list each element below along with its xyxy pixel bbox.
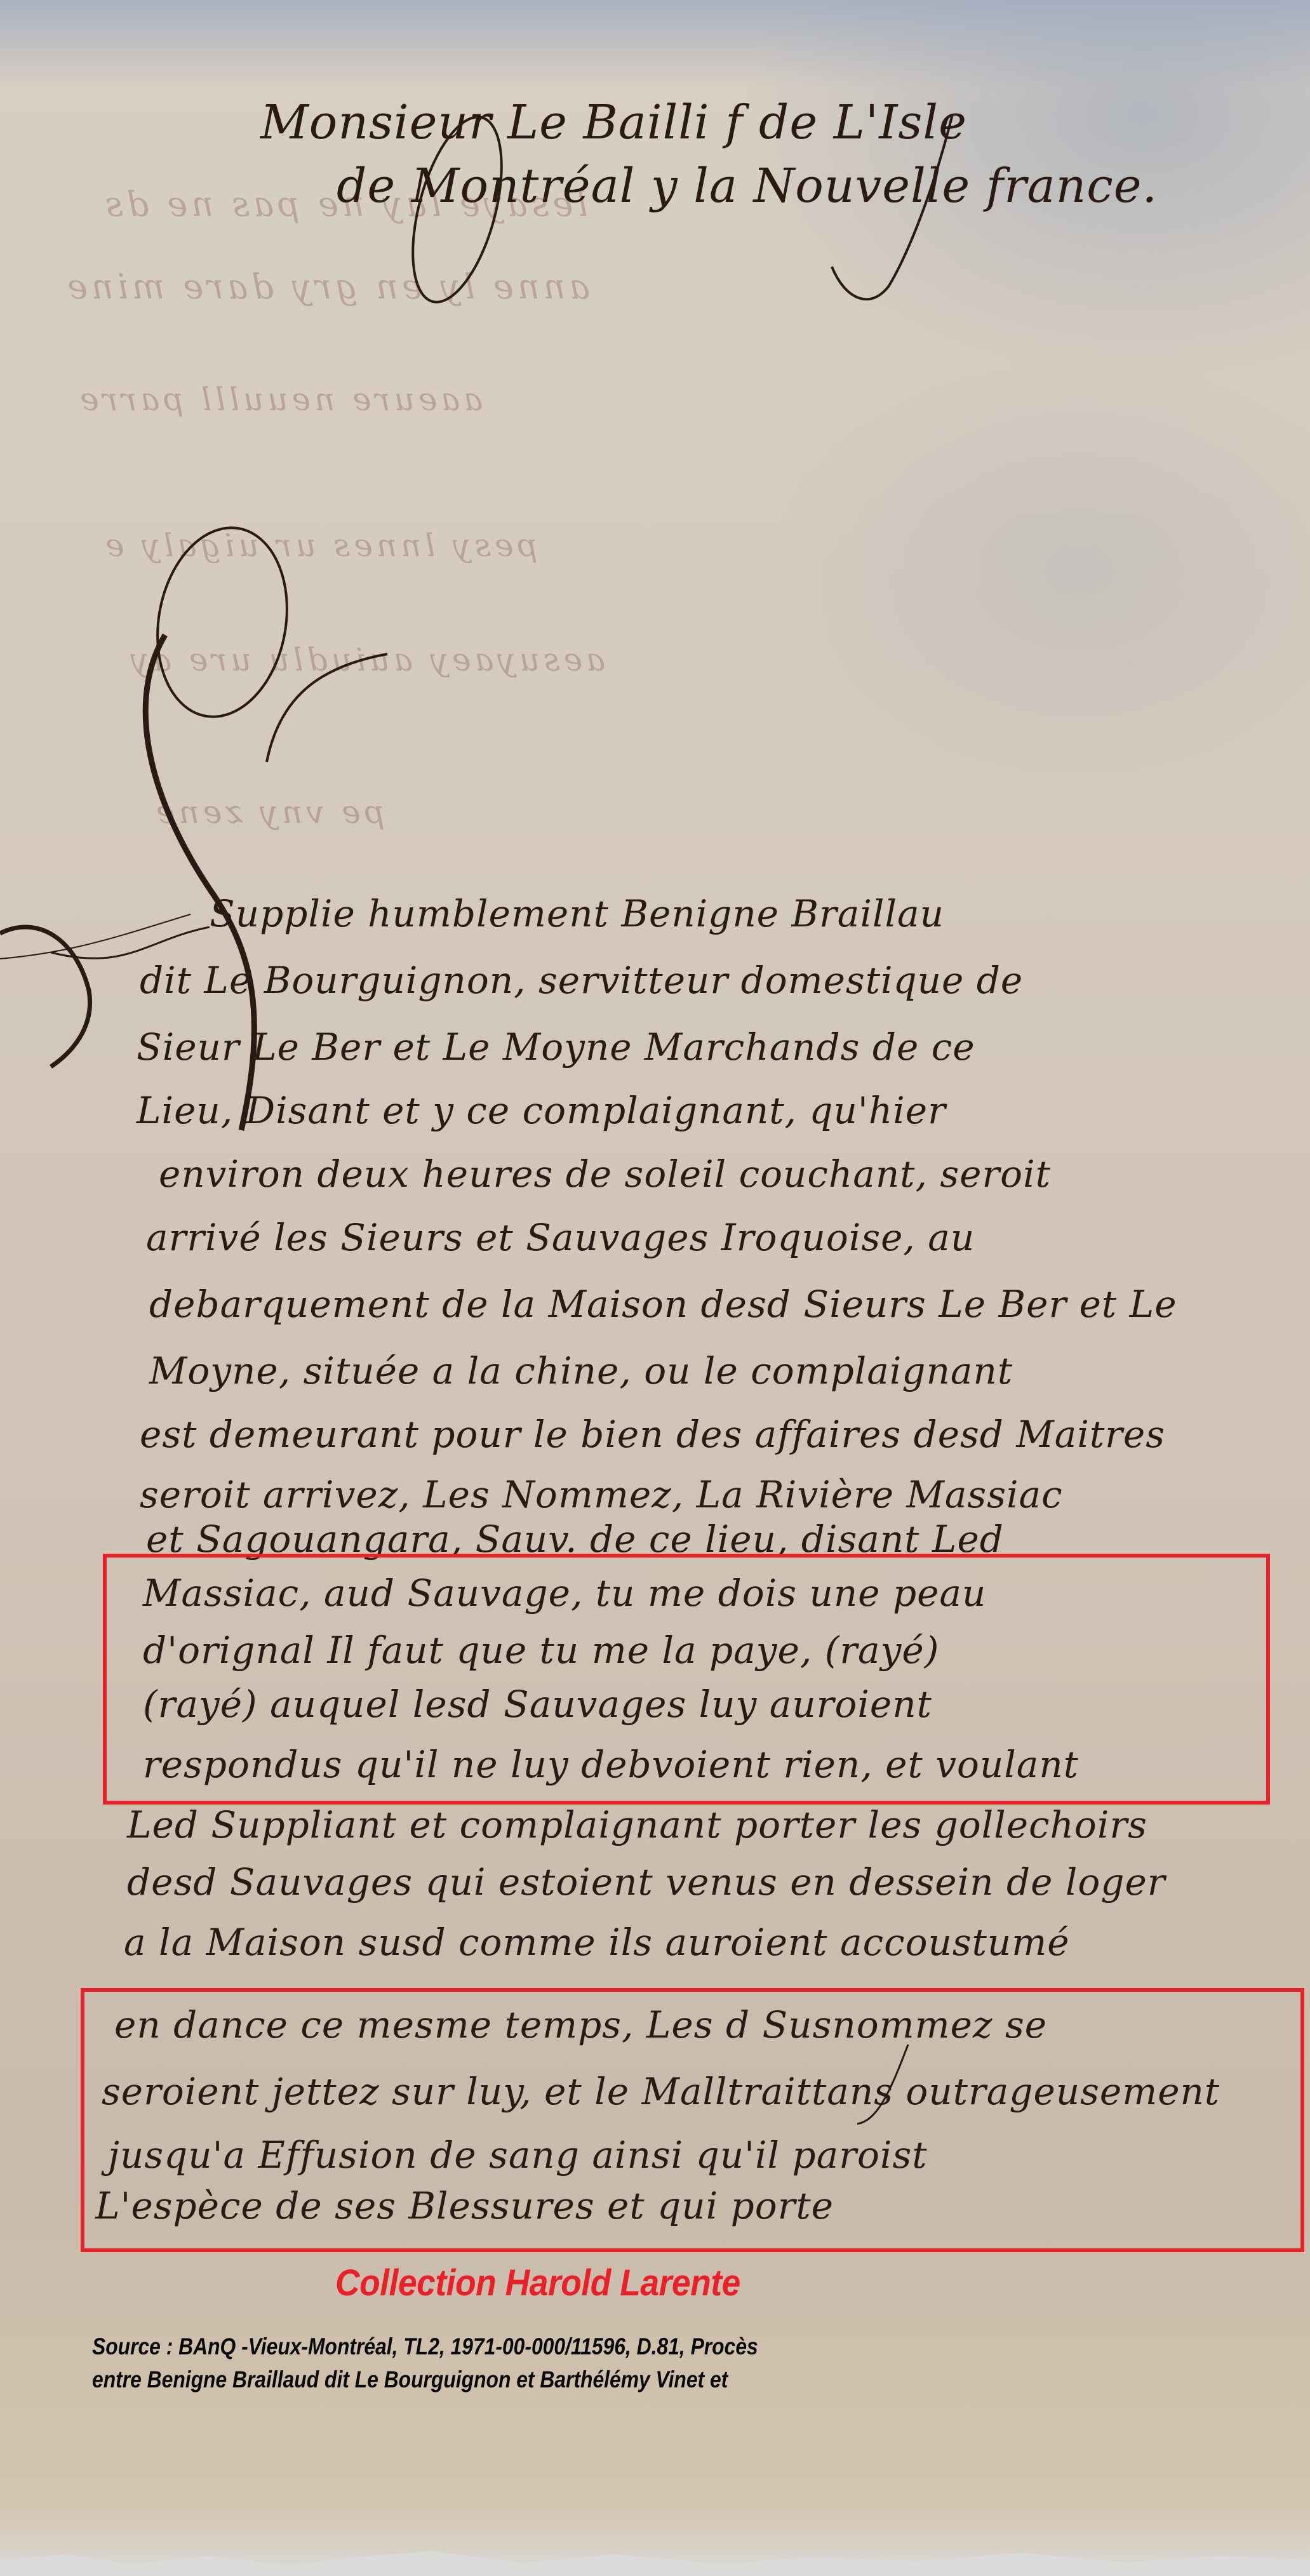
manuscript-page: lesaye lay ne pas ne ds anne ly en gry d… (0, 0, 1310, 2576)
bleed-through-text: aesuyaey auiudlu ure ay (127, 641, 605, 678)
body-line: seroit arrivez, Les Nommez, La Rivière M… (140, 1473, 1063, 1516)
body-line: a la Maison susd comme ils auroient acco… (124, 1921, 1070, 1964)
collection-caption: Collection Harold Larente (335, 2262, 740, 2304)
body-line: Led Suppliant et complaignant porter les… (127, 1803, 1147, 1846)
highlight-box-1 (103, 1554, 1270, 1805)
body-line: Supplie humblement Benigne Braillau (210, 892, 944, 935)
bleed-through-text: pe vny zene (152, 794, 385, 831)
body-line: debarquement de la Maison desd Sieurs Le… (149, 1283, 1177, 1326)
body-line: Lieu, Disant et y ce complaignant, qu'hi… (137, 1089, 946, 1132)
body-line: environ deux heures de soleil couchant, … (159, 1152, 1051, 1196)
body-line: est demeurant pour le bien des affaires … (140, 1413, 1165, 1456)
body-line: Moyne, située a la chine, ou le complaig… (149, 1349, 1013, 1392)
source-line-2: entre Benigne Braillaud dit Le Bourguign… (92, 2363, 758, 2396)
body-line: Sieur Le Ber et Le Moyne Marchands de ce (137, 1025, 975, 1069)
torn-page-edge (0, 2549, 1310, 2576)
body-line: dit Le Bourguignon, servitteur domestiqu… (140, 959, 1023, 1002)
body-line: desd Sauvages qui estoient venus en dess… (127, 1860, 1166, 1904)
source-line-1: Source : BAnQ -Vieux-Montréal, TL2, 1971… (92, 2330, 758, 2363)
bleed-through-text: anne ly en gry dare mine (63, 267, 590, 307)
bleed-through-text: pesy lnnes ur uigaly e (102, 527, 538, 564)
address-line-2: de Montréal y la Nouvelle france. (337, 159, 1158, 213)
address-line-1: Monsieur Le Bailli f de L'Isle (260, 95, 967, 150)
bleed-through-text: aaeure neuulll parre (76, 381, 483, 418)
body-line: arrivé les Sieurs et Sauvages Iroquoise,… (146, 1216, 975, 1259)
source-note: Source : BAnQ -Vieux-Montréal, TL2, 1971… (92, 2330, 758, 2396)
highlight-box-2 (81, 1988, 1304, 2252)
